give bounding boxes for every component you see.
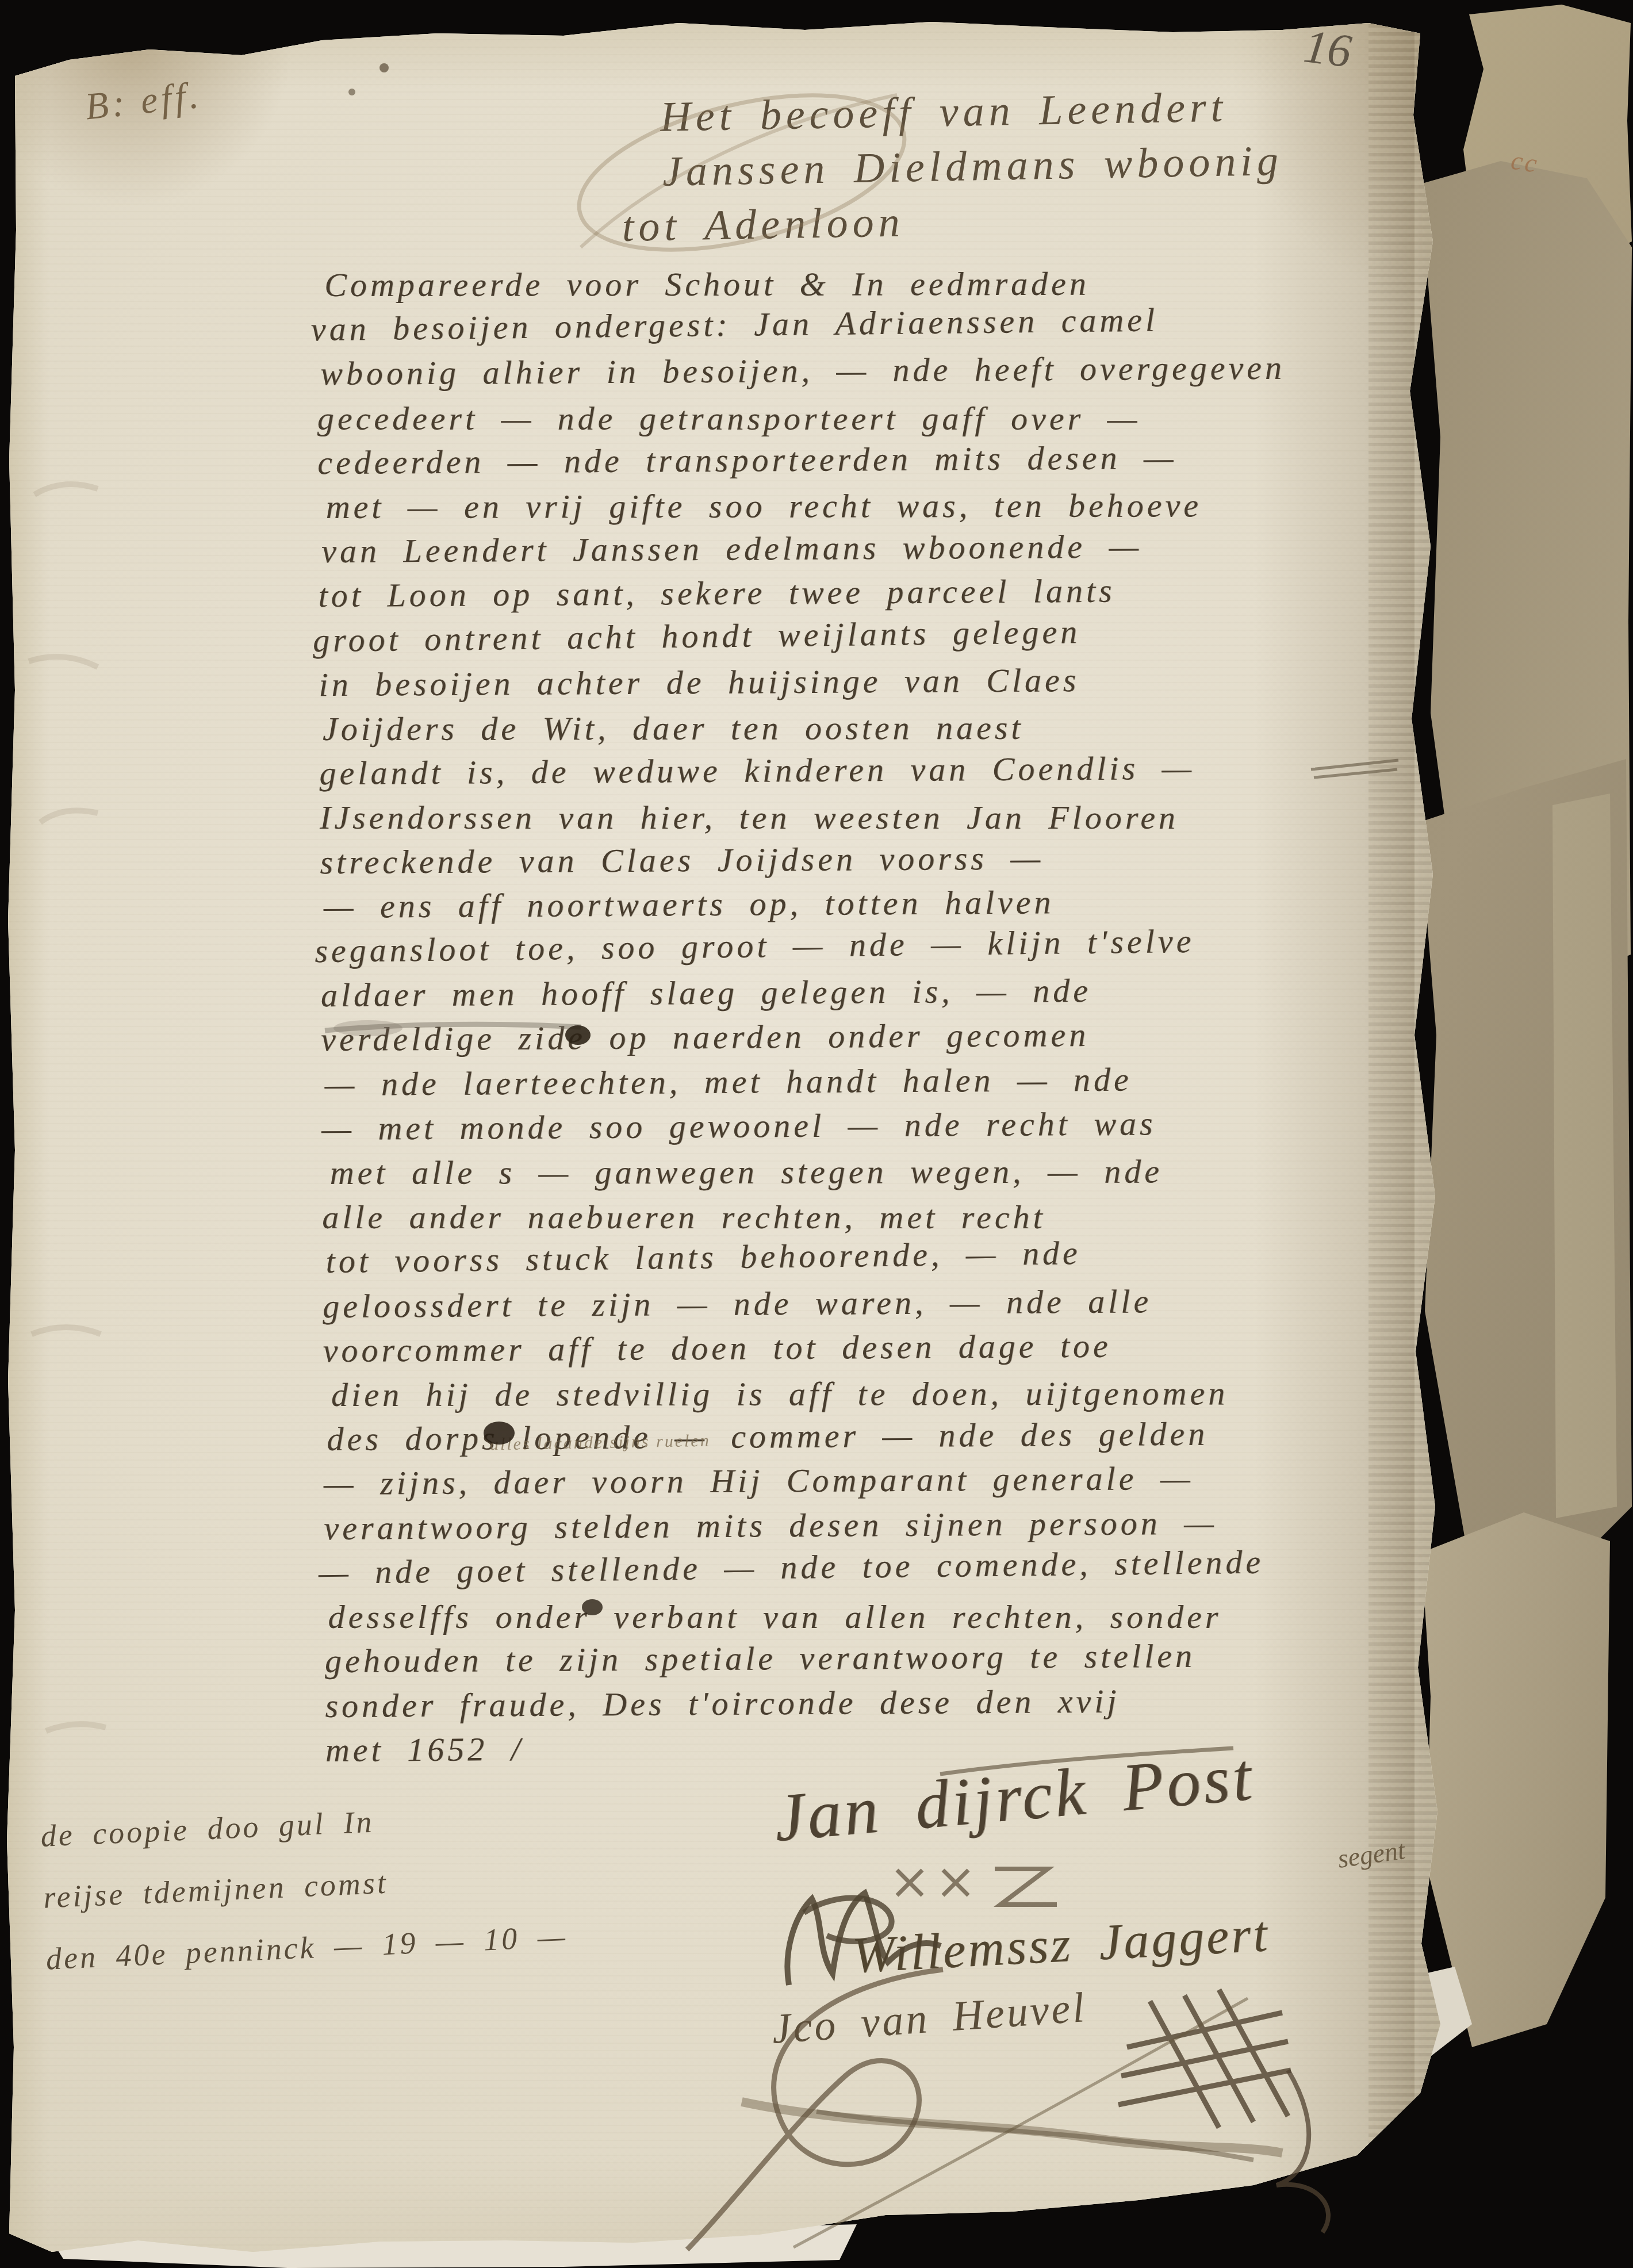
text-line: voorcommer aff te doen tot desen dage to… xyxy=(323,1323,1291,1373)
page-deckled-edge xyxy=(1368,0,1443,2268)
text-line: des dorps lopende — commer — nde des gel… xyxy=(327,1411,1291,1461)
text-line: geloossdert te zijn — nde waren, — nde a… xyxy=(323,1278,1291,1328)
manuscript-photo: cc B: eff. 16 Het becoeff van LeendertJa… xyxy=(0,0,1633,2268)
text-line: met — en vrij gifte soo recht was, ten b… xyxy=(326,483,1286,529)
text-line: — zijns, daer voorn Hij Comparant genera… xyxy=(324,1455,1292,1505)
text-line: met alle s — ganwegen stegen wegen, — nd… xyxy=(330,1149,1290,1195)
text-line: dien hij de stedvillig is aff te doen, u… xyxy=(331,1371,1291,1417)
text-line: Joijders de Wit, daer ten oosten naest xyxy=(323,705,1287,751)
text-line: gelandt is, de weduwe kinderen van Coend… xyxy=(319,745,1287,795)
text-line: gehouden te zijn spetiale verantwoorg te… xyxy=(325,1633,1293,1683)
heading-line: Janssen Dieldmans wboonig xyxy=(662,134,1283,200)
text-line: — met monde soo gewoonel — nde recht was xyxy=(321,1101,1290,1151)
deed-heading: Het becoeff van LeendertJanssen Dieldman… xyxy=(620,79,1285,255)
parchment-cc-mark: cc xyxy=(1509,145,1542,179)
heading-line: Het becoeff van Leendert xyxy=(660,79,1282,145)
folio-mark: B: eff. xyxy=(83,74,204,129)
page-number: 16 xyxy=(1301,19,1355,78)
text-line: gecedeert — nde getransporteert gaff ove… xyxy=(317,396,1286,440)
text-line: cedeerden — nde transporteerden mits des… xyxy=(317,435,1286,485)
interline-note: alles lacande sijns ruelen xyxy=(490,1431,711,1455)
text-line: desselffs onder verbant van allen rechte… xyxy=(328,1595,1293,1639)
signature-secretary: Jco van Heuvel xyxy=(770,1983,1088,2054)
text-line: sonder fraude, Des t'oirconde dese den x… xyxy=(325,1677,1293,1727)
text-line: wboonig alhier in besoijen, — nde heeft … xyxy=(320,346,1285,396)
text-line: IJsendorssen van hier, ten weesten Jan F… xyxy=(320,796,1288,840)
text-line: verdeldige zide op naerden onder gecomen xyxy=(321,1012,1289,1062)
manuscript-page: B: eff. 16 Het becoeff van LeendertJanss… xyxy=(0,0,1633,2268)
text-line: in besoijen achter de huijsinge van Clae… xyxy=(319,657,1287,707)
margin-tax-note: de coopie doo gul Inreijse tdemijnen com… xyxy=(39,1783,569,1990)
text-line: aldaer men hooff slaeg gelegen is, — nde xyxy=(321,967,1289,1017)
heading-line: tot Adenloon xyxy=(622,189,1284,255)
deed-body-text: Compareerde voor Schout & In eedmradenva… xyxy=(316,257,1294,1772)
text-line: — nde laerteechten, met handt halen — nd… xyxy=(324,1056,1289,1106)
signature-schepen-2: Willemssz Jaggert xyxy=(851,1905,1271,1985)
text-line: streckende van Claes Joijdsen voorss — xyxy=(320,834,1288,884)
text-line: van Leendert Janssen edelmans wboonende … xyxy=(321,523,1286,573)
